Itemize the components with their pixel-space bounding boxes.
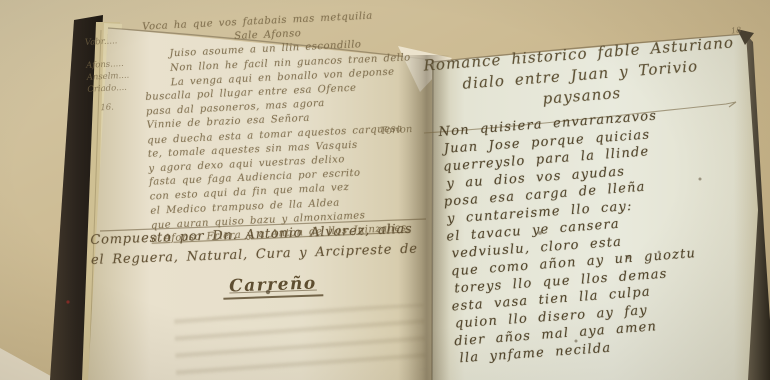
gutter-fold-line [432,60,433,380]
right-page [432,34,760,380]
photo-open-manuscript-book: Vabr.....Afons.....Anselm....Criado....1… [0,0,770,380]
gutter-shadow [398,55,450,380]
left-page [88,28,432,380]
cover-red-speck [66,300,69,303]
book-shapes [0,0,770,380]
